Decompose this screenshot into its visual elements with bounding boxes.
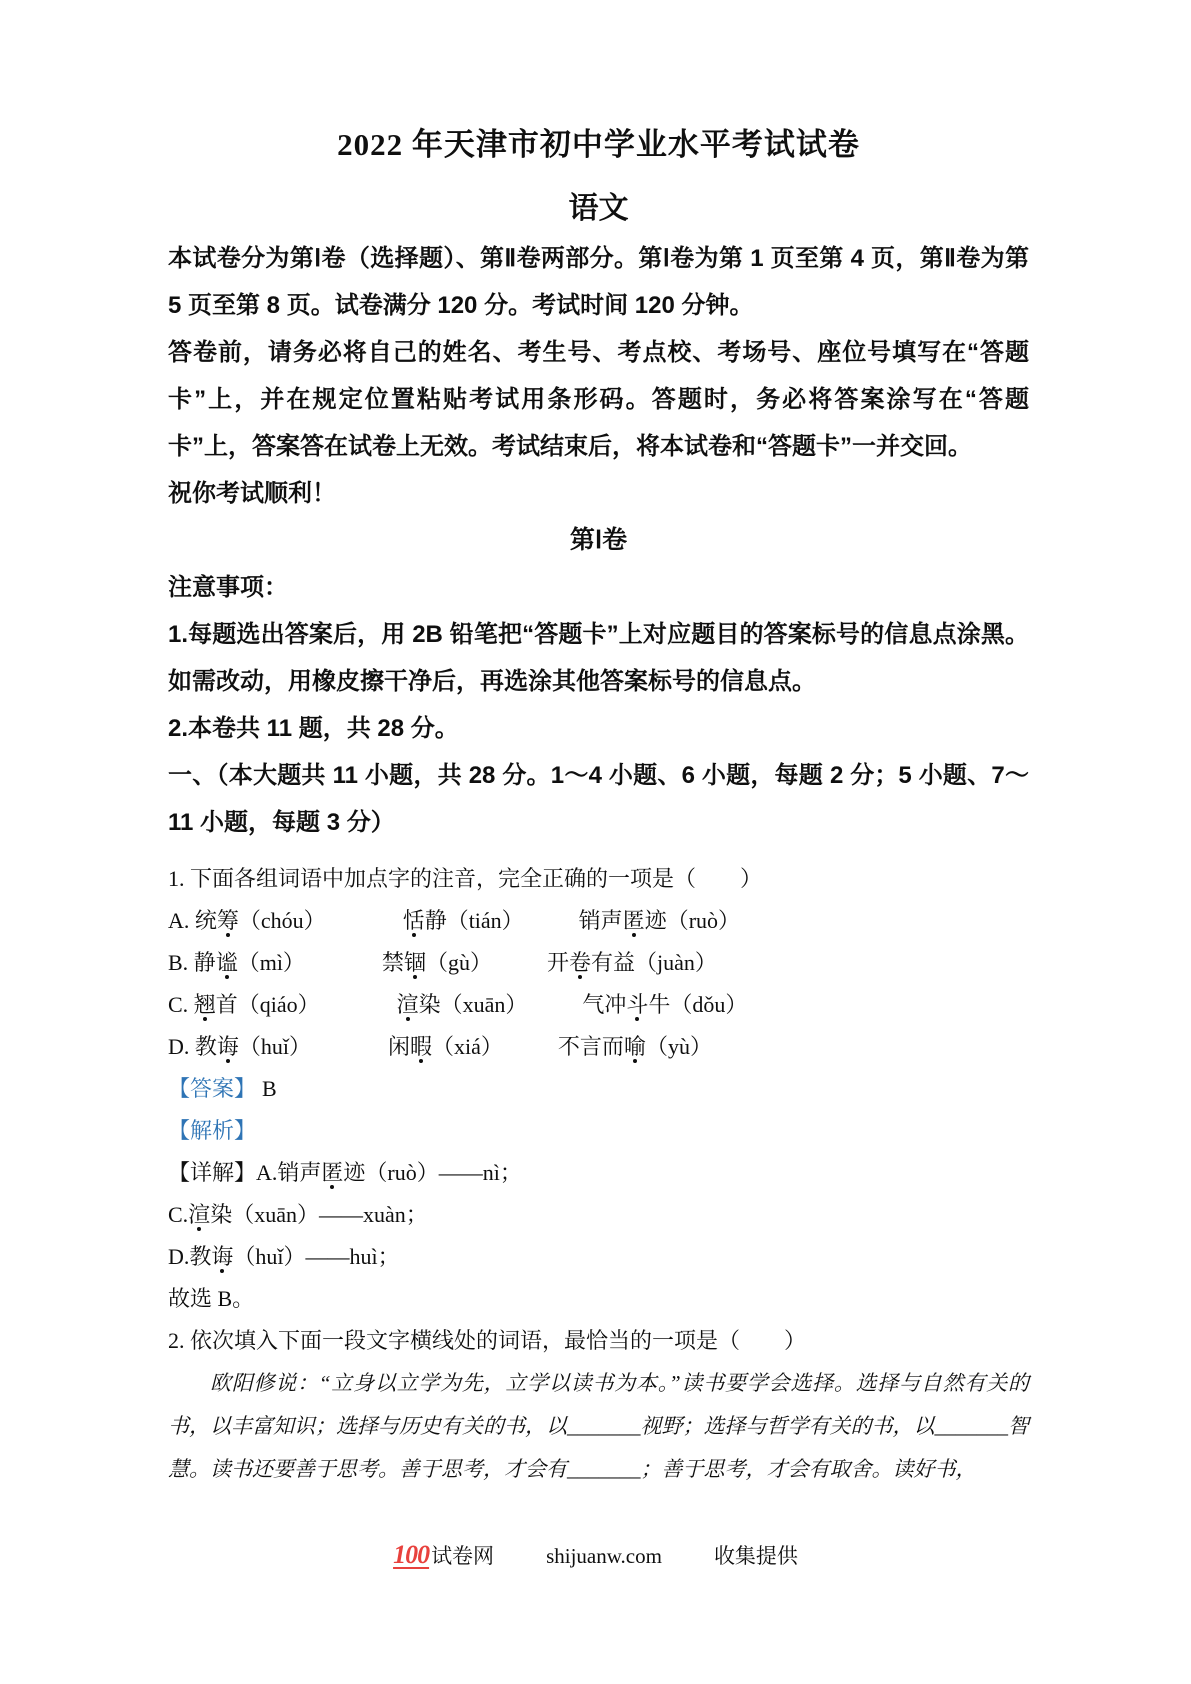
question-2-passage: 欧阳修说：“立身以立学为先，立学以读书为本。”读书要学会选择。选择与自然有关的书… — [168, 1362, 1029, 1491]
answer-value: B — [262, 1076, 277, 1101]
intro-paragraph-2: 答卷前，请务必将自己的姓名、考生号、考点校、考场号、座位号填写在“答题卡”上，并… — [168, 329, 1029, 470]
detail-line-c: C.渲染（xuān）——xuàn； — [168, 1194, 1029, 1236]
conclusion-line: 故选 B。 — [168, 1278, 1029, 1320]
question-1-option-b: B. 静谧（mì） 禁锢（gù） 开卷有益（juàn） — [168, 942, 1029, 984]
shijuanwang-logo: 100试卷网 — [393, 1540, 494, 1570]
exam-paper-page: 2022 年天津市初中学业水平考试试卷 语文 本试卷分为第Ⅰ卷（选择题）、第Ⅱ卷… — [0, 0, 1191, 1684]
questions-area: 1. 下面各组词语中加点字的注音，完全正确的一项是（ ） A. 统筹（chóu）… — [168, 858, 1029, 1491]
page-footer: 100试卷网 shijuanw.com 收集提供 — [0, 1540, 1191, 1570]
notice-title: 注意事项： — [168, 564, 1029, 611]
question-1-option-a: A. 统筹（chóu） 恬静（tián） 销声匿迹（ruò） — [168, 900, 1029, 942]
question-1-option-c: C. 翘首（qiáo） 渲染（xuān） 气冲斗牛（dǒu） — [168, 984, 1029, 1026]
front-matter: 本试卷分为第Ⅰ卷（选择题）、第Ⅱ卷两部分。第Ⅰ卷为第 1 页至第 4 页，第Ⅱ卷… — [168, 235, 1029, 846]
page-title: 2022 年天津市初中学业水平考试试卷 — [168, 126, 1029, 165]
detail-line-d: D.教诲（huǐ）——huì； — [168, 1236, 1029, 1278]
logo-site-name: 试卷网 — [431, 1544, 494, 1568]
footer-credit: 收集提供 — [714, 1540, 798, 1570]
notice-item-2: 2.本卷共 11 题，共 28 分。 — [168, 705, 1029, 752]
logo-100-mark: 100 — [393, 1540, 429, 1569]
question-1-stem: 1. 下面各组词语中加点字的注音，完全正确的一项是（ ） — [168, 858, 1029, 900]
footer-domain: shijuanw.com — [546, 1544, 662, 1569]
analysis-label: 【解析】 — [168, 1118, 256, 1143]
part-one-heading: 一、（本大题共 11 小题，共 28 分。1～4 小题、6 小题，每题 2 分；… — [168, 752, 1029, 846]
detail-line-a: 【详解】A.销声匿迹（ruò）——nì； — [168, 1152, 1029, 1194]
section-heading: 第Ⅰ卷 — [168, 517, 1029, 564]
answer-label: 【答案】 — [168, 1076, 256, 1101]
analysis-line: 【解析】 — [168, 1110, 1029, 1152]
intro-paragraph-1: 本试卷分为第Ⅰ卷（选择题）、第Ⅱ卷两部分。第Ⅰ卷为第 1 页至第 4 页，第Ⅱ卷… — [168, 235, 1029, 329]
question-1-option-d: D. 教诲（huǐ） 闲暇（xiá） 不言而喻（yù） — [168, 1026, 1029, 1068]
subject-title: 语文 — [168, 191, 1029, 227]
answer-line: 【答案】B — [168, 1068, 1029, 1110]
exam-wish: 祝你考试顺利！ — [168, 470, 1029, 517]
notice-item-1: 1.每题选出答案后，用 2B 铅笔把“答题卡”上对应题目的答案标号的信息点涂黑。… — [168, 611, 1029, 705]
question-2-stem: 2. 依次填入下面一段文字横线处的词语，最恰当的一项是（ ） — [168, 1320, 1029, 1362]
